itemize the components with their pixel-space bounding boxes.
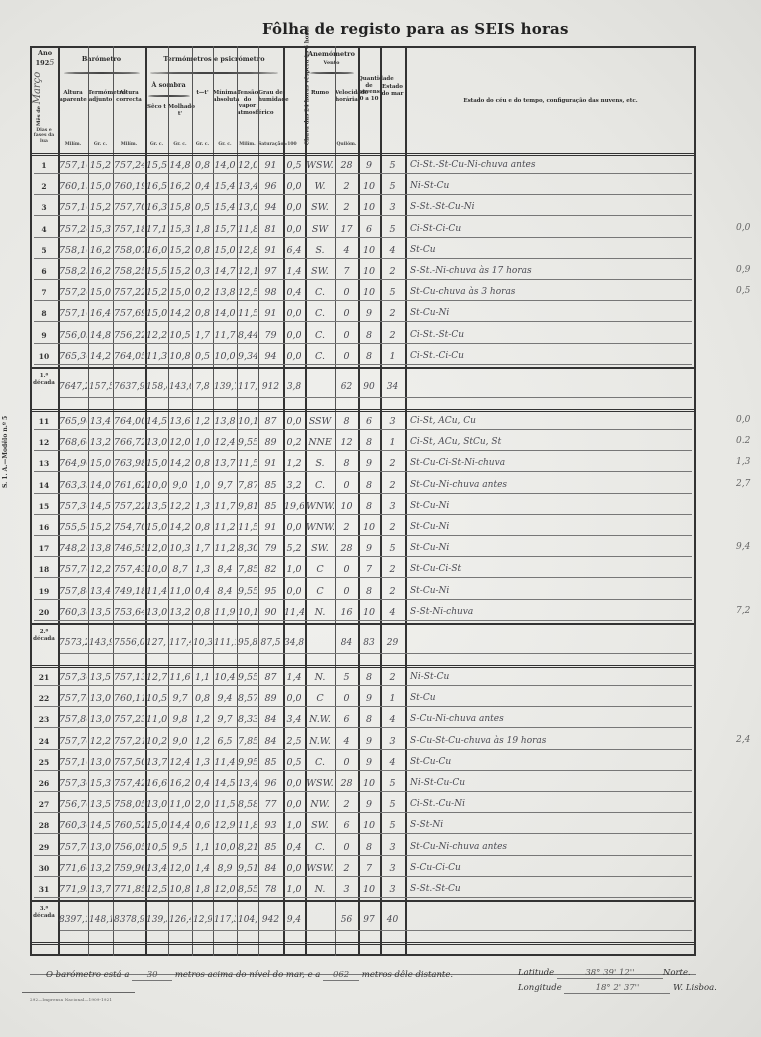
cell-term[interactable]: 15,0 xyxy=(89,282,112,303)
cell-estado[interactable]: Ci-St.-St-Cu xyxy=(406,325,699,346)
cell-vel[interactable]: 0 xyxy=(336,303,357,324)
cell-dif[interactable]: 0,8 xyxy=(193,688,212,709)
cell-mar[interactable]: 3 xyxy=(381,879,404,900)
cell-seco[interactable]: 15,0 xyxy=(146,453,167,474)
cell-alt_ap[interactable]: 757,30 xyxy=(59,667,87,688)
cell-rumo[interactable]: C xyxy=(306,688,334,709)
cell-humid[interactable]: 78 xyxy=(259,879,282,900)
decade-total-mar[interactable]: 40 xyxy=(381,910,404,931)
cell-humid[interactable]: 94 xyxy=(259,346,282,367)
cell-nuv[interactable]: 9 xyxy=(359,731,379,752)
cell-alt_ap[interactable]: 758,10 xyxy=(59,240,87,261)
cell-dif[interactable]: 1,0 xyxy=(193,475,212,496)
cell-estado[interactable]: St-Cu-Ni-chuva antes xyxy=(406,837,699,858)
cell-mar[interactable]: 4 xyxy=(381,240,404,261)
decade-total-chuva[interactable]: 34,8 xyxy=(284,633,304,654)
cell-seco[interactable]: 13,0 xyxy=(146,432,167,453)
cell-vel[interactable]: 7 xyxy=(336,261,357,282)
cell-estado[interactable]: Ni-St-Cu xyxy=(406,667,699,688)
cell-tensao[interactable]: 11,58 xyxy=(238,453,257,474)
cell-seco[interactable]: 16,3 xyxy=(146,197,167,218)
cell-vel[interactable]: 6 xyxy=(336,815,357,836)
cell-chuva[interactable]: 0,0 xyxy=(284,794,304,815)
cell-alt_cor[interactable]: 757,13 xyxy=(114,667,144,688)
cell-tensao[interactable]: 13,41 xyxy=(238,176,257,197)
cell-estado[interactable]: S-Cu-Ci-Cu xyxy=(406,858,699,879)
cell-alt_ap[interactable]: 757,10 xyxy=(59,197,87,218)
cell-molh[interactable]: 10,8 xyxy=(169,346,191,367)
cell-humid[interactable]: 84 xyxy=(259,858,282,879)
cell-min[interactable]: 14,7 xyxy=(214,261,236,282)
cell-estado[interactable]: St-Cu xyxy=(406,688,699,709)
cell-dif[interactable]: 1,3 xyxy=(193,496,212,517)
cell-alt_ap[interactable]: 764,90 xyxy=(59,453,87,474)
cell-dif[interactable]: 1,2 xyxy=(193,411,212,432)
cell-molh[interactable]: 9,5 xyxy=(169,837,191,858)
cell-term[interactable]: 12,2 xyxy=(89,731,112,752)
cell-vel[interactable]: 12 xyxy=(336,432,357,453)
cell-term[interactable]: 15,0 xyxy=(89,453,112,474)
cell-humid[interactable]: 87 xyxy=(259,667,282,688)
cell-nuv[interactable]: 8 xyxy=(359,837,379,858)
decade-total-alt_cor[interactable]: 8378,92 xyxy=(114,910,144,931)
cell-alt_ap[interactable]: 757,70 xyxy=(59,731,87,752)
cell-min[interactable]: 10,4 xyxy=(214,667,236,688)
cell-humid[interactable]: 85 xyxy=(259,837,282,858)
cell-tensao[interactable]: 13,47 xyxy=(238,773,257,794)
cell-seco[interactable]: 10,5 xyxy=(146,837,167,858)
cell-dif[interactable]: 0,8 xyxy=(193,517,212,538)
cell-term[interactable]: 14,2 xyxy=(89,346,112,367)
cell-nuv[interactable]: 8 xyxy=(359,667,379,688)
cell-min[interactable]: 12,9 xyxy=(214,815,236,836)
cell-alt_ap[interactable]: 760,15 xyxy=(59,176,87,197)
decade-total-nuv[interactable]: 97 xyxy=(359,910,379,931)
cell-humid[interactable]: 96 xyxy=(259,773,282,794)
cell-vel[interactable]: 0 xyxy=(336,752,357,773)
cell-alt_ap[interactable]: 757,80 xyxy=(59,581,87,602)
decade-total-humid[interactable]: 942 xyxy=(259,910,282,931)
cell-min[interactable]: 11,2 xyxy=(214,538,236,559)
cell-estado[interactable]: St-Cu-Ni xyxy=(406,538,699,559)
cell-mar[interactable]: 3 xyxy=(381,411,404,432)
cell-seco[interactable]: 12,5 xyxy=(146,879,167,900)
cell-dif[interactable]: 1,8 xyxy=(193,219,212,240)
cell-rumo[interactable]: C. xyxy=(306,282,334,303)
cell-seco[interactable]: 10,0 xyxy=(146,475,167,496)
decade-total-term[interactable]: 157,5 xyxy=(89,377,112,398)
decade-total-alt_cor[interactable]: 7637,93 xyxy=(114,377,144,398)
cell-molh[interactable]: 10,3 xyxy=(169,538,191,559)
cell-alt_cor[interactable]: 758,05 xyxy=(114,794,144,815)
decade-total-alt_ap[interactable]: 7573,25 xyxy=(59,633,87,654)
decade-total-vel[interactable]: 56 xyxy=(336,910,357,931)
cell-vel[interactable]: 0 xyxy=(336,559,357,580)
cell-alt_ap[interactable]: 760,30 xyxy=(59,815,87,836)
cell-alt_ap[interactable]: 755,50 xyxy=(59,517,87,538)
cell-term[interactable]: 13,0 xyxy=(89,709,112,730)
cell-molh[interactable]: 16,2 xyxy=(169,773,191,794)
cell-term[interactable]: 13,5 xyxy=(89,667,112,688)
cell-humid[interactable]: 91 xyxy=(259,517,282,538)
cell-alt_cor[interactable]: 761,62 xyxy=(114,475,144,496)
cell-dif[interactable]: 0,8 xyxy=(193,602,212,623)
cell-term[interactable]: 13,7 xyxy=(89,879,112,900)
cell-min[interactable]: 15,4 xyxy=(214,197,236,218)
decade-total-dif[interactable]: 12,9 xyxy=(193,910,212,931)
cell-seco[interactable]: 10,2 xyxy=(146,731,167,752)
cell-mar[interactable]: 2 xyxy=(381,667,404,688)
cell-min[interactable]: 15,4 xyxy=(214,176,236,197)
cell-nuv[interactable]: 10 xyxy=(359,240,379,261)
cell-chuva[interactable]: 11,4 xyxy=(284,602,304,623)
cell-nuv[interactable]: 8 xyxy=(359,496,379,517)
cell-seco[interactable]: 13,0 xyxy=(146,602,167,623)
cell-min[interactable]: 10,0 xyxy=(214,346,236,367)
cell-dif[interactable]: 0,3 xyxy=(193,261,212,282)
cell-alt_ap[interactable]: 757,10 xyxy=(59,752,87,773)
cell-min[interactable]: 12,4 xyxy=(214,432,236,453)
cell-humid[interactable]: 94 xyxy=(259,197,282,218)
cell-dif[interactable]: 0,4 xyxy=(193,581,212,602)
cell-seco[interactable]: 12,7 xyxy=(146,667,167,688)
cell-alt_ap[interactable]: 757,30 xyxy=(59,496,87,517)
cell-alt_cor[interactable]: 753,64 xyxy=(114,602,144,623)
cell-humid[interactable]: 90 xyxy=(259,602,282,623)
decade-total-min[interactable]: 139,7 xyxy=(214,377,236,398)
cell-seco[interactable]: 17,1 xyxy=(146,219,167,240)
cell-dif[interactable]: 1,0 xyxy=(193,432,212,453)
cell-humid[interactable]: 89 xyxy=(259,688,282,709)
decade-total-humid[interactable]: 87,5 xyxy=(259,633,282,654)
cell-alt_cor[interactable]: 760,52 xyxy=(114,815,144,836)
cell-chuva[interactable]: 0,2 xyxy=(284,432,304,453)
cell-rumo[interactable]: C. xyxy=(306,303,334,324)
cell-humid[interactable]: 85 xyxy=(259,752,282,773)
cell-alt_cor[interactable]: 757,50 xyxy=(114,752,144,773)
cell-min[interactable]: 14,0 xyxy=(214,303,236,324)
cell-nuv[interactable]: 6 xyxy=(359,219,379,240)
cell-mar[interactable]: 5 xyxy=(381,282,404,303)
cell-term[interactable]: 13,4 xyxy=(89,581,112,602)
cell-min[interactable]: 9,7 xyxy=(214,475,236,496)
cell-estado[interactable]: St-Cu xyxy=(406,240,699,261)
cell-seco[interactable]: 15,0 xyxy=(146,815,167,836)
cell-alt_ap[interactable]: 758,25 xyxy=(59,261,87,282)
cell-estado[interactable]: S-Cu-Ni-chuva antes xyxy=(406,709,699,730)
cell-chuva[interactable]: 6,4 xyxy=(284,240,304,261)
cell-vel[interactable]: 2 xyxy=(336,176,357,197)
cell-dif[interactable]: 2,0 xyxy=(193,794,212,815)
cell-estado[interactable]: S-Cu-St-Cu-chuva às 19 horas xyxy=(406,731,699,752)
cell-seco[interactable]: 13,0 xyxy=(146,794,167,815)
cell-molh[interactable]: 11,0 xyxy=(169,581,191,602)
cell-molh[interactable]: 10,8 xyxy=(169,879,191,900)
cell-molh[interactable]: 10,5 xyxy=(169,325,191,346)
cell-alt_cor[interactable]: 756,05 xyxy=(114,837,144,858)
cell-term[interactable]: 15,2 xyxy=(89,517,112,538)
cell-tensao[interactable]: 11,84 xyxy=(238,219,257,240)
cell-nuv[interactable]: 8 xyxy=(359,581,379,602)
cell-molh[interactable]: 12,4 xyxy=(169,752,191,773)
cell-estado[interactable]: S-St.-St-Cu-Ni xyxy=(406,197,699,218)
cell-tensao[interactable]: 8,58 xyxy=(238,794,257,815)
cell-min[interactable]: 11,2 xyxy=(214,517,236,538)
cell-molh[interactable]: 16,2 xyxy=(169,176,191,197)
cell-nuv[interactable]: 7 xyxy=(359,559,379,580)
longitude-field[interactable]: 18° 2' 37'' xyxy=(564,983,670,994)
cell-term[interactable]: 15,2 xyxy=(89,197,112,218)
cell-vel[interactable]: 16 xyxy=(336,602,357,623)
cell-term[interactable]: 15,3 xyxy=(89,773,112,794)
cell-rumo[interactable]: N. xyxy=(306,667,334,688)
cell-term[interactable]: 13,2 xyxy=(89,432,112,453)
cell-alt_ap[interactable]: 771,95 xyxy=(59,879,87,900)
cell-molh[interactable]: 11,6 xyxy=(169,667,191,688)
cell-chuva[interactable]: 0,5 xyxy=(284,155,304,176)
cell-tensao[interactable]: 8,57 xyxy=(238,688,257,709)
cell-vel[interactable]: 8 xyxy=(336,453,357,474)
cell-alt_ap[interactable]: 757,80 xyxy=(59,709,87,730)
cell-rumo[interactable]: S. xyxy=(306,240,334,261)
cell-tensao[interactable]: 10,13 xyxy=(238,411,257,432)
cell-mar[interactable]: 4 xyxy=(381,752,404,773)
cell-vel[interactable]: 3 xyxy=(336,879,357,900)
decade-total-nuv[interactable]: 90 xyxy=(359,377,379,398)
cell-rumo[interactable]: C xyxy=(306,581,334,602)
cell-tensao[interactable]: 12,18 xyxy=(238,261,257,282)
cell-min[interactable]: 9,4 xyxy=(214,688,236,709)
cell-humid[interactable]: 95 xyxy=(259,581,282,602)
cell-alt_cor[interactable]: 764,00 xyxy=(114,411,144,432)
cell-estado[interactable]: Ci-St-Ci-Cu xyxy=(406,219,699,240)
decade-total-tensao[interactable]: 104,48 xyxy=(238,910,257,931)
cell-mar[interactable]: 3 xyxy=(381,197,404,218)
decade-total-mar[interactable]: 34 xyxy=(381,377,404,398)
decade-total-dif[interactable]: 7,8 xyxy=(193,377,212,398)
cell-min[interactable]: 11,7 xyxy=(214,496,236,517)
cell-mar[interactable]: 3 xyxy=(381,858,404,879)
decade-total-chuva[interactable]: 3,8 xyxy=(284,377,304,398)
cell-seco[interactable]: 15,0 xyxy=(146,303,167,324)
cell-mar[interactable]: 1 xyxy=(381,346,404,367)
cell-estado[interactable]: St-Cu-Ci-St-Ni-chuva xyxy=(406,453,699,474)
cell-alt_cor[interactable]: 758,07 xyxy=(114,240,144,261)
cell-min[interactable]: 6,5 xyxy=(214,731,236,752)
cell-mar[interactable]: 1 xyxy=(381,432,404,453)
cell-tensao[interactable]: 8,30 xyxy=(238,538,257,559)
cell-alt_cor[interactable]: 757,69 xyxy=(114,303,144,324)
cell-vel[interactable]: 17 xyxy=(336,219,357,240)
cell-chuva[interactable]: 0,0 xyxy=(284,688,304,709)
cell-rumo[interactable]: W. xyxy=(306,176,334,197)
cell-seco[interactable]: 13,5 xyxy=(146,496,167,517)
cell-estado[interactable]: S-St.-Ni-chuva às 17 horas xyxy=(406,261,699,282)
cell-rumo[interactable]: NW. xyxy=(306,794,334,815)
cell-dif[interactable]: 0,4 xyxy=(193,176,212,197)
cell-dif[interactable]: 1,2 xyxy=(193,709,212,730)
cell-molh[interactable]: 8,7 xyxy=(169,559,191,580)
cell-term[interactable]: 16,2 xyxy=(89,261,112,282)
cell-tensao[interactable]: 9,81 xyxy=(238,496,257,517)
cell-nuv[interactable]: 10 xyxy=(359,517,379,538)
cell-tensao[interactable]: 8,21 xyxy=(238,837,257,858)
cell-seco[interactable]: 11,0 xyxy=(146,709,167,730)
cell-molh[interactable]: 15,3 xyxy=(169,219,191,240)
cell-dif[interactable]: 0,5 xyxy=(193,197,212,218)
cell-humid[interactable]: 84 xyxy=(259,709,282,730)
cell-tensao[interactable]: 13,03 xyxy=(238,197,257,218)
cell-dif[interactable]: 0,8 xyxy=(193,240,212,261)
cell-alt_ap[interactable]: 765,30 xyxy=(59,346,87,367)
cell-chuva[interactable]: 0,4 xyxy=(284,282,304,303)
cell-min[interactable]: 14,0 xyxy=(214,155,236,176)
cell-dif[interactable]: 1,8 xyxy=(193,879,212,900)
cell-vel[interactable]: 5 xyxy=(336,667,357,688)
cell-vel[interactable]: 6 xyxy=(336,709,357,730)
cell-humid[interactable]: 79 xyxy=(259,325,282,346)
cell-estado[interactable]: S-St.-St-Cu xyxy=(406,879,699,900)
cell-chuva[interactable]: 1,0 xyxy=(284,559,304,580)
cell-chuva[interactable]: 0,0 xyxy=(284,581,304,602)
cell-nuv[interactable]: 6 xyxy=(359,411,379,432)
decade-total-term[interactable]: 148,1 xyxy=(89,910,112,931)
decade-total-alt_ap[interactable]: 7647,25 xyxy=(59,377,87,398)
cell-vel[interactable]: 4 xyxy=(336,731,357,752)
cell-dif[interactable]: 0,8 xyxy=(193,155,212,176)
cell-molh[interactable]: 14,2 xyxy=(169,303,191,324)
cell-molh[interactable]: 9,0 xyxy=(169,731,191,752)
cell-humid[interactable]: 87 xyxy=(259,411,282,432)
cell-rumo[interactable]: N.W. xyxy=(306,709,334,730)
cell-humid[interactable]: 82 xyxy=(259,559,282,580)
cell-tensao[interactable]: 10,11 xyxy=(238,602,257,623)
decade-total-molh[interactable]: 117,4 xyxy=(169,633,191,654)
cell-tensao[interactable]: 12,05 xyxy=(238,155,257,176)
cell-mar[interactable]: 5 xyxy=(381,773,404,794)
cell-term[interactable]: 14,5 xyxy=(89,496,112,517)
decade-total-alt_cor[interactable]: 7556,03 xyxy=(114,633,144,654)
cell-estado[interactable]: St-Cu-Ni xyxy=(406,581,699,602)
cell-dif[interactable]: 1,7 xyxy=(193,325,212,346)
cell-chuva[interactable]: 0,0 xyxy=(284,219,304,240)
cell-nuv[interactable]: 10 xyxy=(359,602,379,623)
cell-tensao[interactable]: 7,87 xyxy=(238,475,257,496)
cell-rumo[interactable]: C xyxy=(306,559,334,580)
cell-mar[interactable]: 2 xyxy=(381,475,404,496)
cell-vel[interactable]: 10 xyxy=(336,496,357,517)
cell-term[interactable]: 13,0 xyxy=(89,837,112,858)
cell-tensao[interactable]: 11,58 xyxy=(238,303,257,324)
cell-mar[interactable]: 5 xyxy=(381,219,404,240)
cell-nuv[interactable]: 8 xyxy=(359,709,379,730)
cell-estado[interactable]: S-St-Ni xyxy=(406,815,699,836)
barometer-distance-field[interactable]: 062 xyxy=(323,970,359,981)
cell-mar[interactable]: 4 xyxy=(381,602,404,623)
cell-alt_cor[interactable]: 754,70 xyxy=(114,517,144,538)
cell-min[interactable]: 15,0 xyxy=(214,240,236,261)
cell-alt_ap[interactable]: 757,20 xyxy=(59,219,87,240)
cell-mar[interactable]: 2 xyxy=(381,303,404,324)
cell-mar[interactable]: 1 xyxy=(381,688,404,709)
cell-nuv[interactable]: 8 xyxy=(359,475,379,496)
cell-nuv[interactable]: 10 xyxy=(359,773,379,794)
cell-nuv[interactable]: 9 xyxy=(359,752,379,773)
cell-dif[interactable]: 1,4 xyxy=(193,858,212,879)
decade-total-alt_ap[interactable]: 8397,15 xyxy=(59,910,87,931)
cell-term[interactable]: 13,0 xyxy=(89,752,112,773)
cell-mar[interactable]: 5 xyxy=(381,815,404,836)
cell-chuva[interactable]: 0,0 xyxy=(284,773,304,794)
cell-mar[interactable]: 2 xyxy=(381,581,404,602)
cell-alt_cor[interactable]: 757,70 xyxy=(114,197,144,218)
cell-vel[interactable]: 0 xyxy=(336,688,357,709)
cell-dif[interactable]: 1,3 xyxy=(193,752,212,773)
cell-vel[interactable]: 0 xyxy=(336,346,357,367)
cell-nuv[interactable]: 10 xyxy=(359,879,379,900)
cell-humid[interactable]: 85 xyxy=(259,475,282,496)
cell-chuva[interactable]: 1,4 xyxy=(284,261,304,282)
cell-estado[interactable]: Ci-St.-Ci-Cu xyxy=(406,346,699,367)
cell-molh[interactable]: 13,2 xyxy=(169,602,191,623)
cell-rumo[interactable]: C. xyxy=(306,346,334,367)
cell-chuva[interactable]: 1,2 xyxy=(284,453,304,474)
cell-molh[interactable]: 11,0 xyxy=(169,794,191,815)
cell-vel[interactable]: 0 xyxy=(336,282,357,303)
cell-tensao[interactable]: 8,44 xyxy=(238,325,257,346)
cell-alt_cor[interactable]: 764,05 xyxy=(114,346,144,367)
cell-vel[interactable]: 0 xyxy=(336,325,357,346)
decade-total-seco[interactable]: 158,8 xyxy=(146,377,167,398)
cell-dif[interactable]: 0,2 xyxy=(193,282,212,303)
cell-alt_cor[interactable]: 757,22 xyxy=(114,496,144,517)
cell-tensao[interactable]: 9,51 xyxy=(238,858,257,879)
decade-total-molh[interactable]: 126,4 xyxy=(169,910,191,931)
cell-alt_cor[interactable]: 766,72 xyxy=(114,432,144,453)
cell-mar[interactable]: 3 xyxy=(381,837,404,858)
cell-min[interactable]: 8,9 xyxy=(214,858,236,879)
decade-total-mar[interactable]: 29 xyxy=(381,633,404,654)
cell-dif[interactable]: 0,4 xyxy=(193,773,212,794)
cell-term[interactable]: 13,0 xyxy=(89,688,112,709)
cell-chuva[interactable]: 2,5 xyxy=(284,731,304,752)
cell-nuv[interactable]: 9 xyxy=(359,453,379,474)
cell-estado[interactable]: St-Cu-chuva às 3 horas xyxy=(406,282,699,303)
cell-chuva[interactable]: 0,0 xyxy=(284,176,304,197)
cell-term[interactable]: 14,5 xyxy=(89,815,112,836)
cell-nuv[interactable]: 7 xyxy=(359,858,379,879)
cell-chuva[interactable]: 0,0 xyxy=(284,303,304,324)
cell-seco[interactable]: 15,5 xyxy=(146,155,167,176)
cell-rumo[interactable]: C. xyxy=(306,325,334,346)
cell-mar[interactable]: 5 xyxy=(381,155,404,176)
cell-seco[interactable]: 12,0 xyxy=(146,538,167,559)
cell-vel[interactable]: 8 xyxy=(336,411,357,432)
cell-humid[interactable]: 97 xyxy=(259,261,282,282)
cell-alt_cor[interactable]: 757,24 xyxy=(114,155,144,176)
decade-total-seco[interactable]: 127,7 xyxy=(146,633,167,654)
cell-seco[interactable]: 11,3 xyxy=(146,346,167,367)
cell-term[interactable]: 16,4 xyxy=(89,303,112,324)
cell-humid[interactable]: 96 xyxy=(259,176,282,197)
cell-nuv[interactable]: 8 xyxy=(359,346,379,367)
cell-alt_cor[interactable]: 759,96 xyxy=(114,858,144,879)
cell-vel[interactable]: 2 xyxy=(336,858,357,879)
cell-seco[interactable]: 10,0 xyxy=(146,559,167,580)
cell-chuva[interactable]: 19,6 xyxy=(284,496,304,517)
cell-dif[interactable]: 0,6 xyxy=(193,815,212,836)
cell-vel[interactable]: 2 xyxy=(336,794,357,815)
